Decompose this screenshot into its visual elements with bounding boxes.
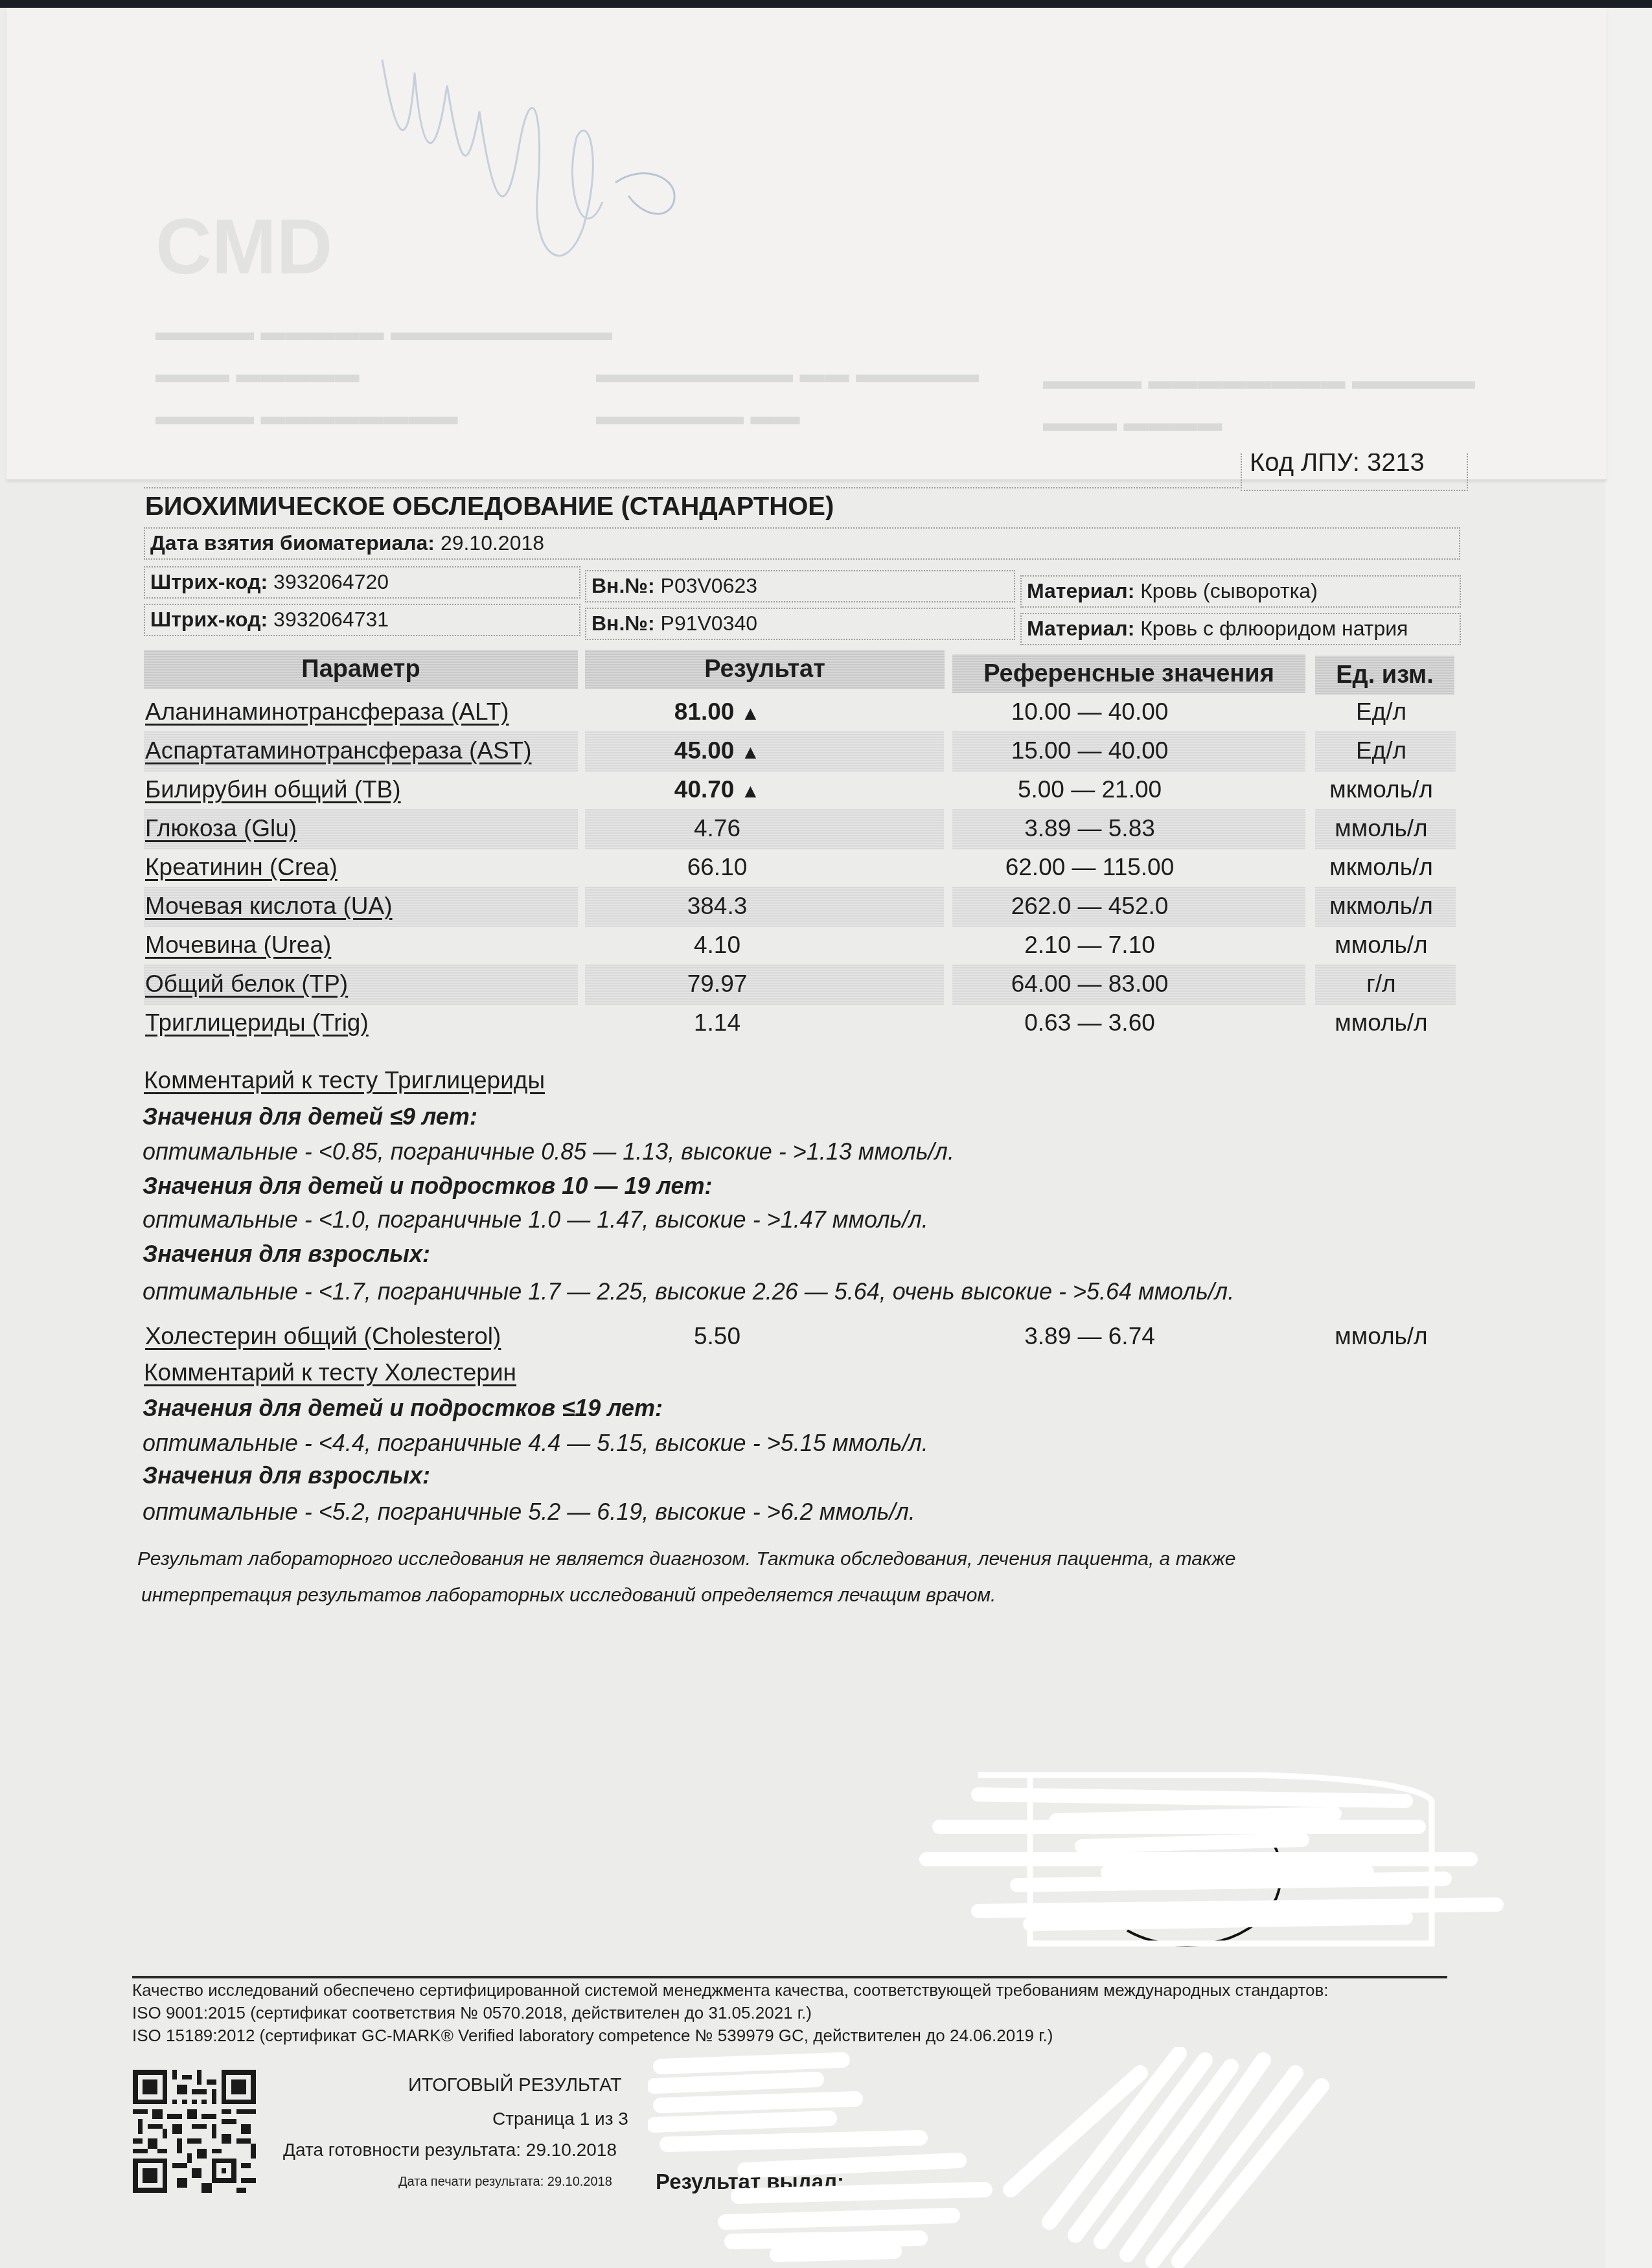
table-row-cholesterol: Холестерин общий (Cholesterol) 5.50 3.89… <box>144 1317 1458 1356</box>
result-value: 4.10 <box>610 926 824 965</box>
show-through-text: ▬▬▬▬▬▬▬▬ ▬▬ ▬▬▬▬▬ <box>596 361 979 389</box>
show-through-text: ▬▬▬▬ ▬▬▬▬▬▬▬▬ ▬▬▬▬▬ <box>1043 367 1475 395</box>
parameter-name[interactable]: Мочевая кислота (UA) <box>145 887 393 926</box>
folded-flap: CMD ▬▬▬▬ ▬▬▬▬▬ ▬▬▬▬▬▬▬▬▬ ▬▬▬ ▬▬▬▬▬ ▬▬▬▬▬… <box>6 8 1607 480</box>
chol-comment-heading: Значения для взрослых: <box>143 1462 430 1489</box>
show-through-text: ▬▬▬ ▬▬▬▬▬ <box>155 361 360 389</box>
trig-comment-text: оптимальные - <0.85, пограничные 0.85 — … <box>143 1138 954 1165</box>
parameter-name[interactable]: Общий белок (TP) <box>145 965 348 1003</box>
high-flag-icon: ▲ <box>740 742 760 763</box>
chol-comment-heading: Значения для детей и подростков ≤19 лет: <box>143 1395 663 1422</box>
page-number: Страница 1 из 3 <box>492 2109 628 2129</box>
table-row: Мочевая кислота (UA)384.3262.0 — 452.0мк… <box>144 887 1458 926</box>
result-number: 4.10 <box>694 932 740 958</box>
reference-range: 10.00 — 40.00 <box>954 693 1226 731</box>
result-value: 81.00▲ <box>610 693 824 733</box>
trig-comment-heading: Значения для взрослых: <box>143 1241 430 1268</box>
barcode-field-2: Штрих-код: 3932064731 <box>144 604 580 636</box>
trig-comment-heading: Значения для детей ≤9 лет: <box>143 1103 477 1130</box>
header-parameter: Параметр <box>144 650 578 689</box>
table-row: Креатинин (Crea)66.1062.00 — 115.00мкмол… <box>144 848 1458 887</box>
internal-number-field-1: Вн.№: P03V0623 <box>585 570 1015 602</box>
disclaimer-line: Результат лабораторного исследования не … <box>137 1548 1235 1570</box>
high-flag-icon: ▲ <box>740 703 760 724</box>
qr-code <box>133 2070 256 2193</box>
reference-range: 3.89 — 5.83 <box>954 809 1226 848</box>
sample-date-field: Дата взятия биоматериала: 29.10.2018 <box>144 527 1460 560</box>
result-number: 45.00 <box>674 737 735 764</box>
show-through-logo: CMD <box>155 202 332 292</box>
unit: ммоль/л <box>1303 1317 1459 1356</box>
disclaimer-line: интерпретация результатов лабораторных и… <box>141 1585 996 1607</box>
result-number: 81.00 <box>674 698 735 725</box>
trig-comment-heading: Значения для детей и подростков 10 — 19 … <box>143 1173 712 1200</box>
parameter-name[interactable]: Билирубин общий (TB) <box>145 770 401 809</box>
unit: Ед/л <box>1303 693 1459 731</box>
redaction-scribble-footer <box>648 2047 1607 2268</box>
table-row: Триглицериды (Trig)1.140.63 — 3.60ммоль/… <box>144 1003 1458 1042</box>
print-date: Дата печати результата: 29.10.2018 <box>398 2175 612 2190</box>
chol-comment-text: оптимальные - <5.2, пограничные 5.2 — 6.… <box>143 1498 915 1526</box>
unit: мкмоль/л <box>1303 887 1459 926</box>
result-value: 4.76 <box>610 809 824 848</box>
unit: г/л <box>1303 965 1459 1003</box>
unit: Ед/л <box>1303 731 1459 770</box>
parameter-name[interactable]: Креатинин (Crea) <box>145 848 338 887</box>
material-field-2: Материал: Кровь с флюоридом натрия <box>1020 613 1461 645</box>
table-row: Общий белок (TP)79.9764.00 — 83.00г/л <box>144 965 1458 1003</box>
unit: ммоль/л <box>1303 1003 1459 1042</box>
table-row: Билирубин общий (TB)40.70▲5.00 — 21.00мк… <box>144 770 1458 809</box>
parameter-name[interactable]: Мочевина (Urea) <box>145 926 331 965</box>
result-value: 1.14 <box>610 1003 824 1042</box>
parameter-name[interactable]: Глюкоза (Glu) <box>145 809 297 848</box>
iso-9001-line: ISO 9001:2015 (сертификат соответствия №… <box>132 2003 812 2023</box>
trig-comment-text: оптимальные - <1.7, пограничные 1.7 — 2.… <box>143 1278 1234 1305</box>
table-row: Глюкоза (Glu)4.763.89 — 5.83ммоль/л <box>144 809 1458 848</box>
show-through-text: ▬▬▬▬ ▬▬▬▬▬▬▬▬ <box>155 403 458 431</box>
result-value: 66.10 <box>610 848 824 887</box>
reference-range: 5.00 — 21.00 <box>954 770 1226 809</box>
result-value: 79.97 <box>610 965 824 1003</box>
result-number: 79.97 <box>687 970 748 997</box>
result-number: 66.10 <box>687 854 748 880</box>
unit: ммоль/л <box>1303 809 1459 848</box>
divider <box>144 487 1239 488</box>
reference-range: 64.00 — 83.00 <box>954 965 1226 1003</box>
result-value: 384.3 <box>610 887 824 926</box>
header-result: Результат <box>585 650 945 689</box>
result-ready-date: Дата готовности результата: 29.10.2018 <box>283 2140 617 2160</box>
unit: мкмоль/л <box>1303 848 1459 887</box>
reference-range: 15.00 — 40.00 <box>954 731 1226 770</box>
unit: мкмоль/л <box>1303 770 1459 809</box>
unit: ммоль/л <box>1303 926 1459 965</box>
show-through-text: ▬▬▬ ▬▬▬▬ <box>1043 409 1222 437</box>
result-number: 40.70 <box>674 776 735 803</box>
final-result-label: ИТОГОВЫЙ РЕЗУЛЬТАТ <box>408 2075 622 2096</box>
trig-comment-title: Комментарий к тесту Триглицериды <box>144 1067 545 1094</box>
show-through-text: ▬▬▬▬▬▬ ▬▬ <box>596 403 800 431</box>
result-number: 4.76 <box>694 815 740 842</box>
chol-comment-title: Комментарий к тесту Холестерин <box>144 1359 516 1386</box>
result-value: 45.00▲ <box>610 731 824 772</box>
show-through-text: ▬▬▬▬ ▬▬▬▬▬ ▬▬▬▬▬▬▬▬▬ <box>155 319 612 347</box>
internal-number-field-2: Вн.№: P91V0340 <box>585 608 1015 640</box>
table-row: Аспартатаминотрансфераза (AST)45.00▲15.0… <box>144 731 1458 770</box>
chol-comment-text: оптимальные - <4.4, пограничные 4.4 — 5.… <box>143 1430 928 1457</box>
quality-statement: Качество исследований обеспечено сертифи… <box>132 1980 1329 2000</box>
reference-range: 262.0 — 452.0 <box>954 887 1226 926</box>
reference-range: 2.10 — 7.10 <box>954 926 1226 965</box>
high-flag-icon: ▲ <box>740 781 760 802</box>
result-value: 5.50 <box>610 1317 824 1356</box>
signature-show-through <box>369 34 790 306</box>
barcode-field-1: Штрих-код: 3932064720 <box>144 566 580 599</box>
footer-divider <box>132 1976 1447 1978</box>
lpu-code: Код ЛПУ: 3213 <box>1241 453 1468 491</box>
header-unit: Ед. изм. <box>1315 656 1454 694</box>
redaction-scribble-stamp <box>913 1749 1587 1969</box>
parameter-name[interactable]: Триглицериды (Trig) <box>145 1003 369 1042</box>
material-field-1: Материал: Кровь (сыворотка) <box>1020 575 1461 608</box>
header-reference: Референсные значения <box>952 654 1305 693</box>
iso-15189-line: ISO 15189:2012 (сертификат GC-MARK® Veri… <box>132 2026 1053 2046</box>
table-row: Мочевина (Urea)4.102.10 — 7.10ммоль/л <box>144 926 1458 965</box>
result-value: 40.70▲ <box>610 770 824 811</box>
parameter-name[interactable]: Аспартатаминотрансфераза (AST) <box>145 731 531 770</box>
reference-range: 62.00 — 115.00 <box>954 848 1226 887</box>
trig-comment-text: оптимальные - <1.0, пограничные 1.0 — 1.… <box>143 1206 928 1233</box>
table-row: Аланинаминотрансфераза (ALT)81.00▲10.00 … <box>144 693 1458 731</box>
result-number: 384.3 <box>687 893 748 919</box>
result-number: 1.14 <box>694 1009 740 1036</box>
reference-range: 3.89 — 6.74 <box>954 1317 1226 1356</box>
reference-range: 0.63 — 3.60 <box>954 1003 1226 1042</box>
parameter-name[interactable]: Холестерин общий (Cholesterol) <box>145 1317 501 1356</box>
scan-right-margin <box>1605 8 1652 2268</box>
scan-top-edge <box>0 0 1652 8</box>
parameter-name[interactable]: Аланинаминотрансфераза (ALT) <box>145 693 509 731</box>
report-title: БИОХИМИЧЕСКОЕ ОБСЛЕДОВАНИЕ (СТАНДАРТНОЕ) <box>145 492 834 521</box>
